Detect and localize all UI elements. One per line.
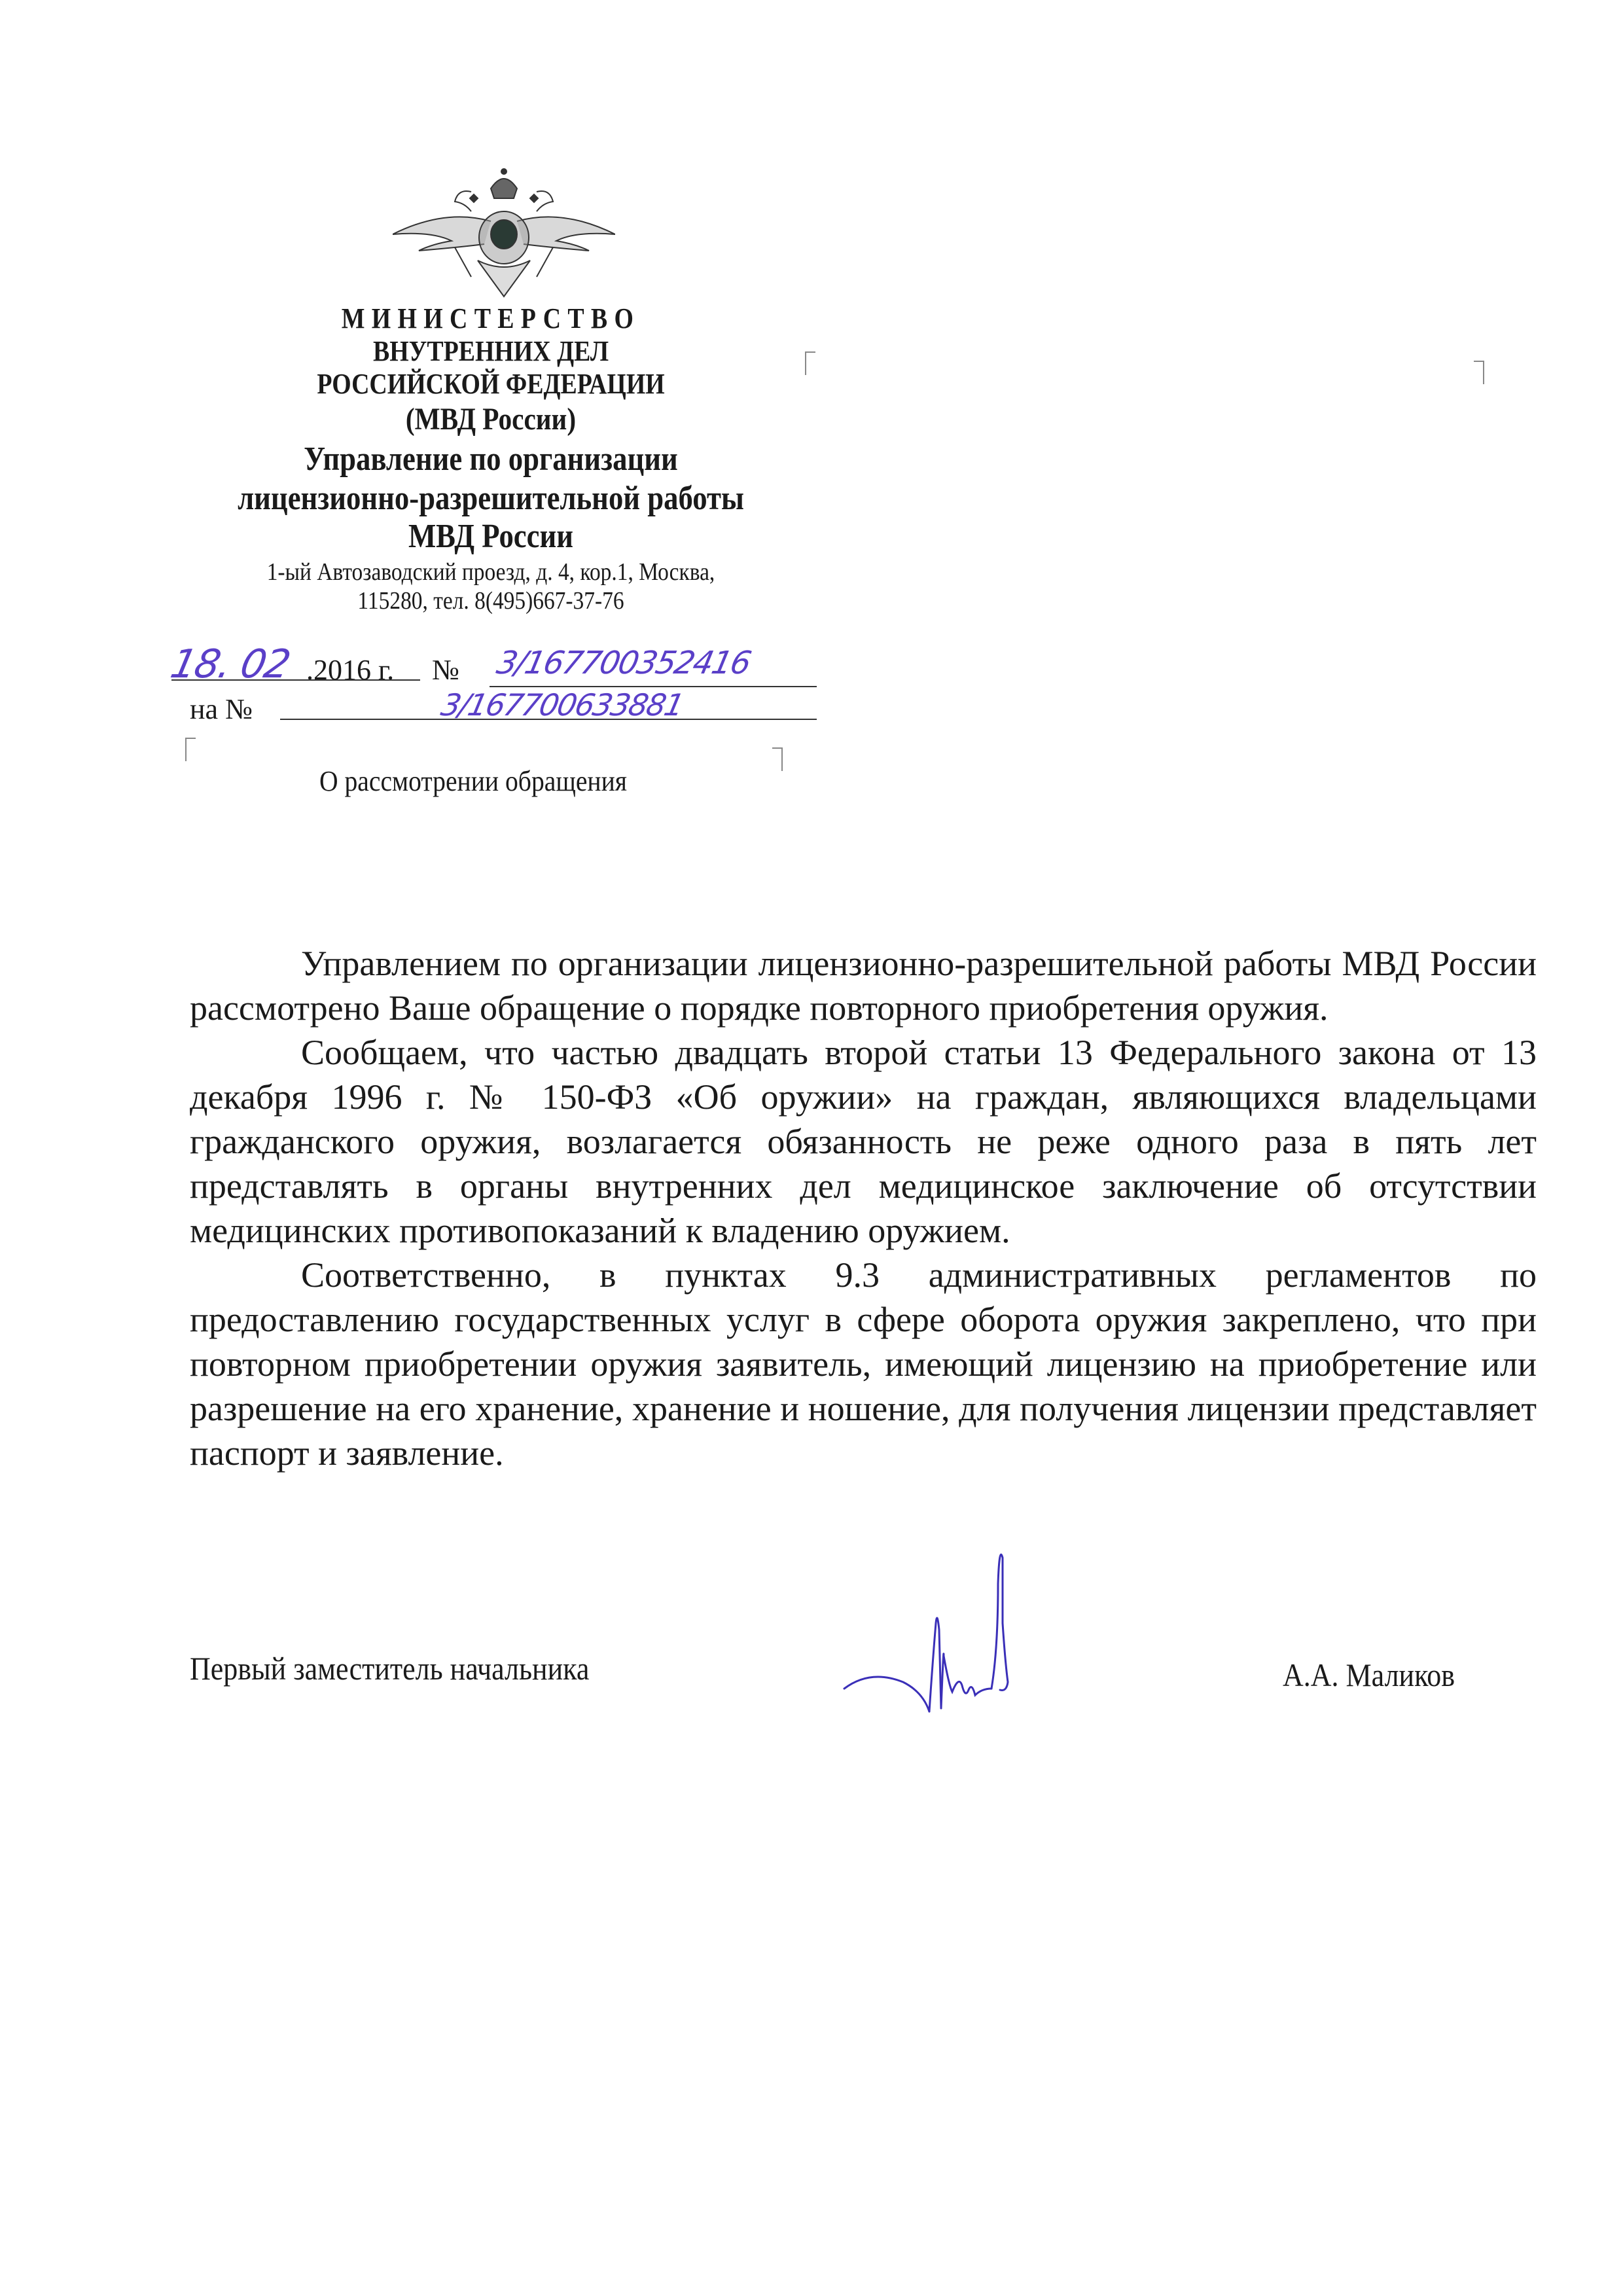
outgoing-number: 3/167700352416 <box>493 645 753 681</box>
department-name-line-2: лицензионно-разрешительной работы <box>215 479 767 518</box>
number-label: № <box>432 653 459 687</box>
reference-label: на № <box>190 692 253 726</box>
reference-underline <box>280 719 817 720</box>
ministry-name-line-2: ВНУТРЕННИХ ДЕЛ <box>215 335 767 368</box>
subject-corner-mark-right <box>772 747 783 771</box>
addressee-corner-mark-left <box>805 351 815 375</box>
date-underline <box>171 679 420 681</box>
mvd-emblem-icon <box>393 162 615 300</box>
department-name-line-1: Управление по организации <box>215 440 767 479</box>
signatory-title: Первый заместитель начальника <box>190 1649 589 1687</box>
ministry-name-line-1: МИНИСТЕРСТВО <box>215 302 767 335</box>
subject-corner-mark-left <box>185 738 196 761</box>
body-paragraph: Управлением по организации лицензионно-р… <box>190 941 1537 1030</box>
reference-number: 3/167700633881 <box>438 687 686 723</box>
letter-body: Управлением по организации лицензионно-р… <box>190 941 1537 1475</box>
letter-subject: О рассмотрении обращения <box>319 764 627 798</box>
body-paragraph: Соответственно, в пунктах 9.3 администра… <box>190 1253 1537 1475</box>
address-line-1: 1-ый Автозаводский проезд, д. 4, кор.1, … <box>209 558 773 586</box>
signatory-name: А.А. Маликов <box>1283 1656 1455 1694</box>
addressee-corner-mark-right <box>1474 361 1484 384</box>
handwritten-signature-icon <box>831 1545 1132 1715</box>
printed-year: .2016 г. <box>306 653 394 687</box>
body-paragraph: Сообщаем, что частью двадцать второй ста… <box>190 1030 1537 1253</box>
address-line-2: 115280, тел. 8(495)667-37-76 <box>209 586 773 615</box>
ministry-abbreviation: (МВД России) <box>215 403 767 436</box>
department-name-line-3: МВД России <box>215 517 767 556</box>
ministry-name-line-3: РОССИЙСКОЙ ФЕДЕРАЦИИ <box>215 368 767 401</box>
